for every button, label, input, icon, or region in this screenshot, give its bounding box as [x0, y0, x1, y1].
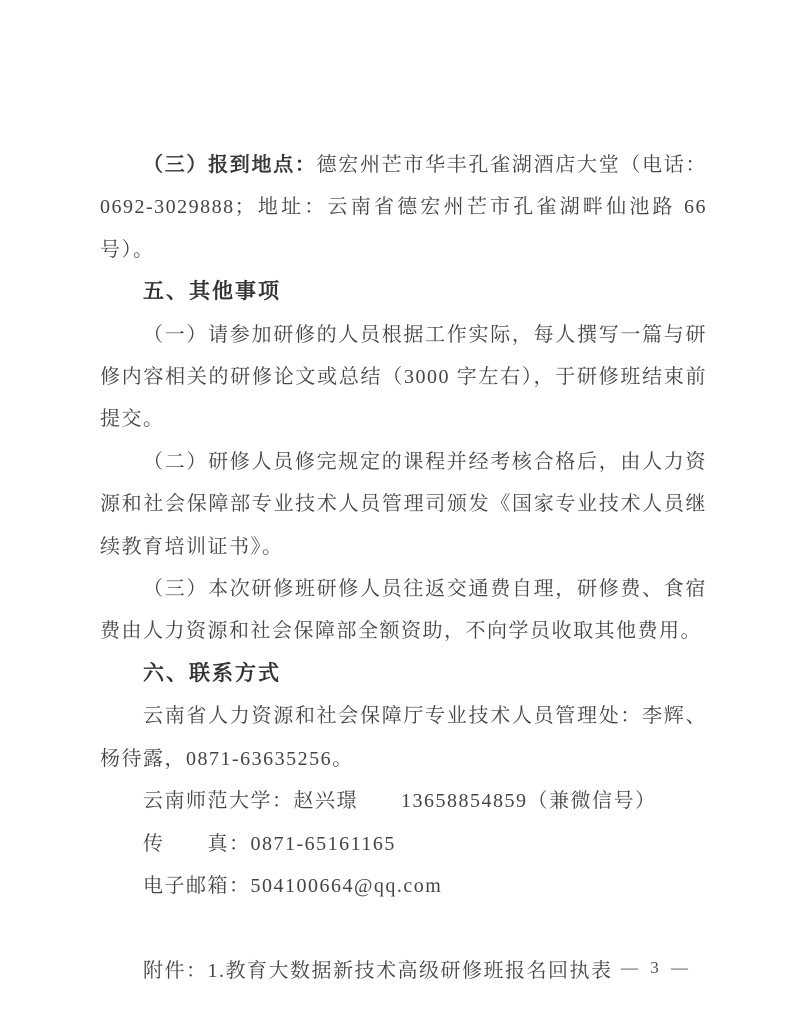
other-matters-item-2: （二）研修人员修完规定的课程并经考核合格后，由人力资源和社会保障部专业技术人员管…	[100, 441, 707, 568]
contact-line-department: 云南省人力资源和社会保障厅专业技术人员管理处：李辉、杨待露，0871-63635…	[100, 695, 707, 780]
section-5-other-matters-title: 五、其他事项	[100, 271, 707, 313]
document-page: （三）报到地点：德宏州芒市华丰孔雀湖酒店大堂（电话：0692-3029888；地…	[0, 0, 795, 1036]
other-matters-item-1: （一）请参加研修的人员根据工作实际，每人撰写一篇与研修内容相关的研修论文或总结（…	[100, 314, 707, 441]
section-6-contact-title: 六、联系方式	[100, 653, 707, 695]
contact-line-university: 云南师范大学：赵兴璟 13658854859（兼微信号）	[100, 780, 707, 822]
registration-location-label: （三）报到地点：	[143, 154, 317, 176]
page-number: — 3 —	[621, 958, 692, 978]
attachment-line: 附件：1.教育大数据新技术高级研修班报名回执表	[100, 950, 707, 992]
contact-line-fax: 传 真：0871-65161165	[100, 823, 707, 865]
document-content: （三）报到地点：德宏州芒市华丰孔雀湖酒店大堂（电话：0692-3029888；地…	[100, 144, 707, 992]
other-matters-item-3: （三）本次研修班研修人员往返交通费自理，研修费、食宿费由人力资源和社会保障部全额…	[100, 568, 707, 653]
paragraph-registration-location: （三）报到地点：德宏州芒市华丰孔雀湖酒店大堂（电话：0692-3029888；地…	[100, 144, 707, 271]
contact-line-email: 电子邮箱：504100664@qq.com	[100, 865, 707, 907]
